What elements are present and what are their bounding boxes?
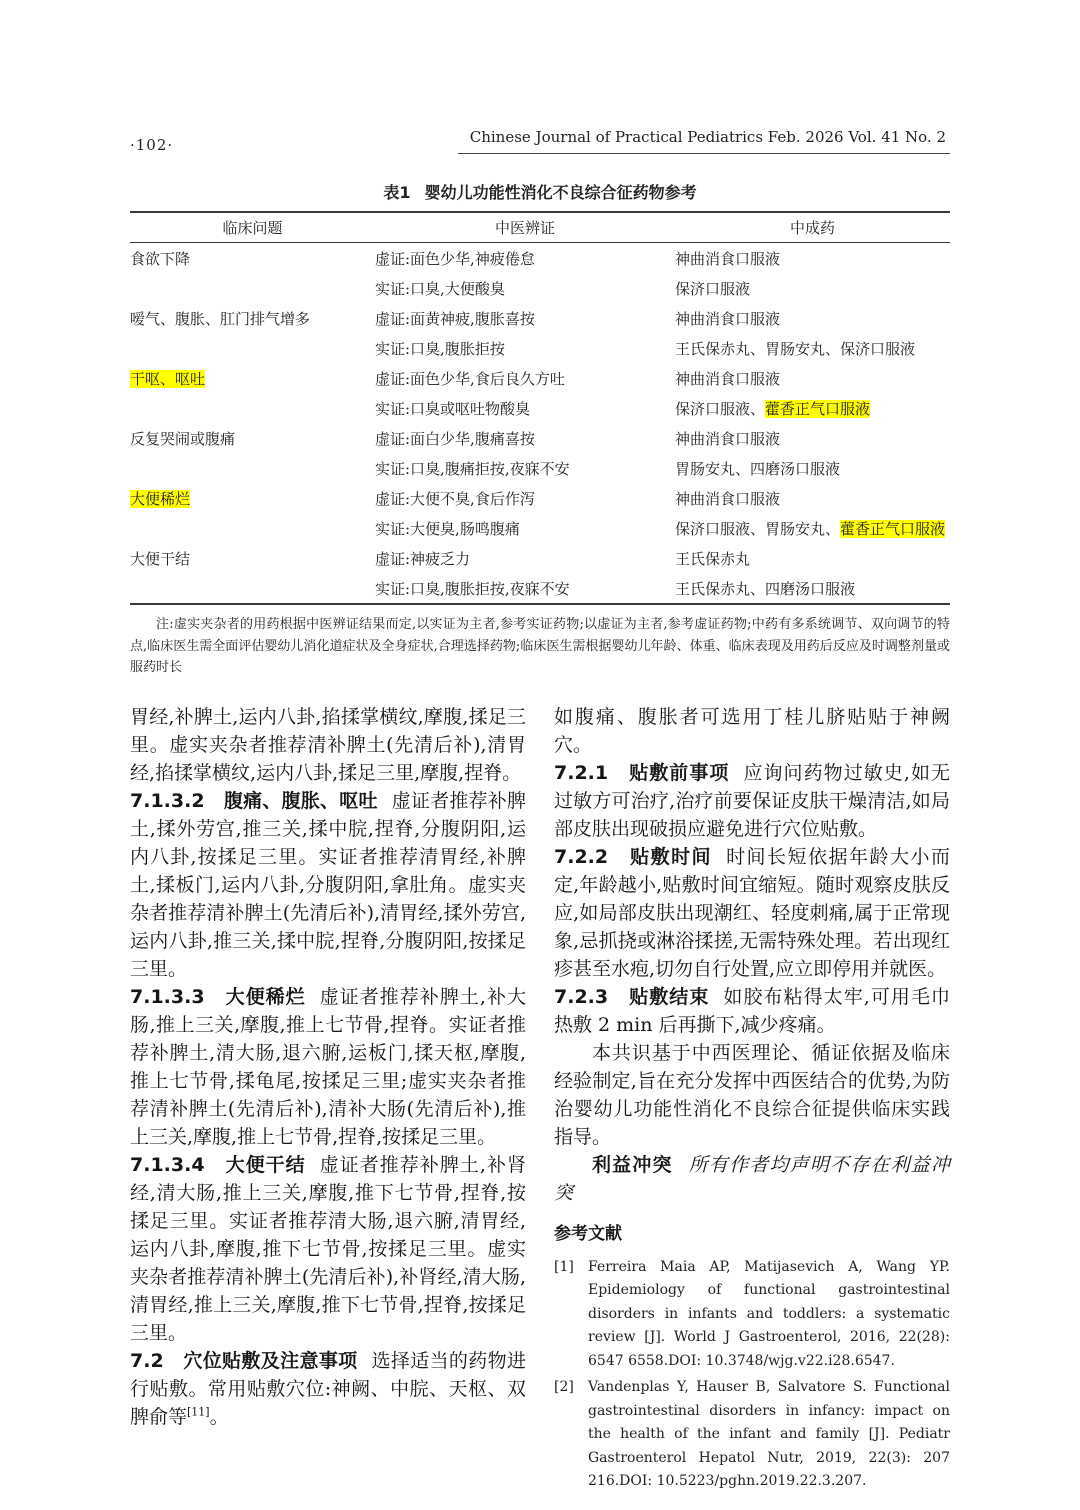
cell-syndrome: 虚证:面黄神疲,腹胀喜按 [375,303,675,333]
section-heading: 7.1.3.2 腹痛、腹胀、呕吐 [130,790,378,812]
cell-syndrome: 实证:口臭或呕吐物酸臭 [375,393,675,423]
table-row: 实证:口臭,腹胀拒按,夜寐不安 王氏保赤丸、四磨汤口服液 [130,573,950,604]
section-body-tail: 。 [210,1406,229,1428]
journal-page: ·102· Chinese Journal of Practical Pedia… [0,0,1080,1510]
page-number: ·102· [130,136,173,154]
conclusion-paragraph: 本共识基于中西医理论、循证依据及临床经验制定,旨在充分发挥中西医结合的优势,为防… [554,1039,950,1151]
cell-drug: 神曲消食口服液 [675,303,950,333]
section-body: 虚证者推荐补脾土,揉外劳宫,推三关,揉中脘,捏脊,分腹阴阳,运内八卦,按揉足三里… [130,790,526,980]
table-row: 反复哭闹或腹痛 虚证:面白少华,腹痛喜按 神曲消食口服液 [130,423,950,453]
cell-drug: 王氏保赤丸、四磨汤口服液 [675,573,950,604]
cell-syndrome: 虚证:面色少华,神疲倦怠 [375,243,675,274]
cell-problem: 大便干结 [130,543,375,573]
cell-problem: 食欲下降 [130,243,375,274]
cell-drug: 王氏保赤丸 [675,543,950,573]
left-column: 胃经,补脾土,运内八卦,掐揉掌横纹,摩腹,揉足三里。虚实夹杂者推荐清补脾土(先清… [130,703,526,1497]
cell-drug: 神曲消食口服液 [675,243,950,274]
cell-drug: 神曲消食口服液 [675,423,950,453]
cell-drug: 保济口服液、藿香正气口服液 [675,393,950,423]
page-header: ·102· Chinese Journal of Practical Pedia… [130,128,950,154]
table-row: 大便干结 虚证:神疲乏力 王氏保赤丸 [130,543,950,573]
cell-problem: 嗳气、腹胀、肛门排气增多 [130,303,375,333]
section-body: 虚证者推荐补脾土,补肾经,清大肠,推上三关,摩腹,推下七节骨,捏脊,按揉足三里。… [130,1154,526,1344]
cell-drug: 保济口服液 [675,273,950,303]
citation-marker: [11] [187,1405,210,1418]
cell-syndrome: 实证:口臭,腹胀拒按,夜寐不安 [375,573,675,604]
reference-number: [1] [554,1256,588,1374]
cell-drug: 胃肠安丸、四磨汤口服液 [675,453,950,483]
cell-drug: 神曲消食口服液 [675,363,950,393]
reference-number: [2] [554,1376,588,1494]
cell-syndrome: 虚证:大便不臭,食后作泻 [375,483,675,513]
cell-problem [130,273,375,303]
paragraph-continuation: 胃经,补脾土,运内八卦,掐揉掌横纹,摩腹,揉足三里。虚实夹杂者推荐清补脾土(先清… [130,703,526,787]
reference-item: [1] Ferreira Maia AP, Matijasevich A, Wa… [554,1256,950,1374]
table-row: 食欲下降 虚证:面色少华,神疲倦怠 神曲消食口服液 [130,243,950,274]
cell-problem [130,573,375,604]
reference-text: Ferreira Maia AP, Matijasevich A, Wang Y… [588,1256,950,1374]
reference-item: [2] Vandenplas Y, Hauser B, Salvatore S.… [554,1376,950,1494]
table-caption-title: 婴幼儿功能性消化不良综合征药物参考 [425,183,697,202]
section-7-2-3: 7.2.3 贴敷结束如胶布粘得太牢,可用毛巾热敷 2 min 后再撕下,减少疼痛… [554,983,950,1039]
section-7-2: 7.2 穴位贴敷及注意事项选择适当的药物进行贴敷。常用贴敷穴位:神阙、中脘、天枢… [130,1347,526,1431]
table-row: 实证:口臭,腹痛拒按,夜寐不安 胃肠安丸、四磨汤口服液 [130,453,950,483]
table-note: 注:虚实夹杂者的用药根据中医辨证结果而定,以实证为主者,参考实证药物;以虚证为主… [130,614,950,679]
section-heading: 7.1.3.3 大便稀烂 [130,986,306,1008]
reference-text: Vandenplas Y, Hauser B, Salvatore S. Fun… [588,1376,950,1494]
cell-problem [130,333,375,363]
section-7-1-3-2: 7.1.3.2 腹痛、腹胀、呕吐虚证者推荐补脾土,揉外劳宫,推三关,揉中脘,捏脊… [130,787,526,983]
conflict-of-interest: 利益冲突所有作者均声明不存在利益冲突 [554,1151,950,1207]
cell-drug: 王氏保赤丸、胃肠安丸、保济口服液 [675,333,950,363]
section-7-2-2: 7.2.2 贴敷时间时间长短依据年龄大小而定,年龄越小,贴敷时间宜缩短。随时观察… [554,843,950,983]
section-heading: 7.2.1 贴敷前事项 [554,762,729,784]
column-header-tcm-syndrome: 中医辨证 [375,212,675,243]
journal-running-title: Chinese Journal of Practical Pediatrics … [458,128,950,154]
table-row: 大便稀烂 虚证:大便不臭,食后作泻 神曲消食口服液 [130,483,950,513]
section-body: 虚证者推荐补脾土,补大肠,推上三关,摩腹,推上七节骨,捏脊。实证者推荐补脾土,清… [130,986,526,1148]
references-heading: 参考文献 [554,1219,950,1244]
table-row: 实证:口臭,大便酸臭 保济口服液 [130,273,950,303]
cell-problem: 反复哭闹或腹痛 [130,423,375,453]
drug-reference-table: 临床问题 中医辨证 中成药 食欲下降 虚证:面色少华,神疲倦怠 神曲消食口服液 … [130,211,950,605]
cell-problem [130,513,375,543]
table-caption-label: 表1 [383,183,410,202]
table-caption: 表1婴幼儿功能性消化不良综合征药物参考 [130,180,950,203]
section-heading: 7.2.3 贴敷结束 [554,986,709,1008]
cell-drug: 保济口服液、胃肠安丸、藿香正气口服液 [675,513,950,543]
section-7-1-3-4: 7.1.3.4 大便干结虚证者推荐补脾土,补肾经,清大肠,推上三关,摩腹,推下七… [130,1151,526,1347]
paragraph-continuation: 如腹痛、腹胀者可选用丁桂儿脐贴贴于神阙穴。 [554,703,950,759]
table-row: 嗳气、腹胀、肛门排气增多 虚证:面黄神疲,腹胀喜按 神曲消食口服液 [130,303,950,333]
section-7-1-3-3: 7.1.3.3 大便稀烂虚证者推荐补脾土,补大肠,推上三关,摩腹,推上七节骨,捏… [130,983,526,1151]
table-header-row: 临床问题 中医辨证 中成药 [130,212,950,243]
right-column: 如腹痛、腹胀者可选用丁桂儿脐贴贴于神阙穴。 7.2.1 贴敷前事项应询问药物过敏… [554,703,950,1497]
body-columns: 胃经,补脾土,运内八卦,掐揉掌横纹,摩腹,揉足三里。虚实夹杂者推荐清补脾土(先清… [130,703,950,1497]
column-header-clinical-problem: 临床问题 [130,212,375,243]
table-row: 干呕、呕吐 虚证:面色少华,食后良久方吐 神曲消食口服液 [130,363,950,393]
cell-syndrome: 实证:口臭,大便酸臭 [375,273,675,303]
conflict-label: 利益冲突 [592,1154,673,1176]
table-row: 实证:大便臭,肠鸣腹痛 保济口服液、胃肠安丸、藿香正气口服液 [130,513,950,543]
cell-problem [130,453,375,483]
cell-syndrome: 实证:口臭,腹胀拒按 [375,333,675,363]
cell-problem [130,393,375,423]
table-row: 实证:口臭,腹胀拒按 王氏保赤丸、胃肠安丸、保济口服液 [130,333,950,363]
section-heading: 7.1.3.4 大便干结 [130,1154,306,1176]
cell-drug: 神曲消食口服液 [675,483,950,513]
cell-syndrome: 实证:大便臭,肠鸣腹痛 [375,513,675,543]
table-row: 实证:口臭或呕吐物酸臭 保济口服液、藿香正气口服液 [130,393,950,423]
cell-problem-highlighted: 干呕、呕吐 [130,363,375,393]
cell-syndrome: 虚证:面色少华,食后良久方吐 [375,363,675,393]
cell-syndrome: 虚证:神疲乏力 [375,543,675,573]
cell-syndrome: 实证:口臭,腹痛拒按,夜寐不安 [375,453,675,483]
highlighted-drug: 藿香正气口服液 [765,400,870,418]
cell-syndrome: 虚证:面白少华,腹痛喜按 [375,423,675,453]
cell-problem-highlighted: 大便稀烂 [130,483,375,513]
section-7-2-1: 7.2.1 贴敷前事项应询问药物过敏史,如无过敏方可治疗,治疗前要保证皮肤干燥清… [554,759,950,843]
section-heading: 7.2.2 贴敷时间 [554,846,712,868]
section-heading: 7.2 穴位贴敷及注意事项 [130,1350,358,1372]
highlighted-drug: 藿香正气口服液 [840,520,945,538]
column-header-patent-medicine: 中成药 [675,212,950,243]
